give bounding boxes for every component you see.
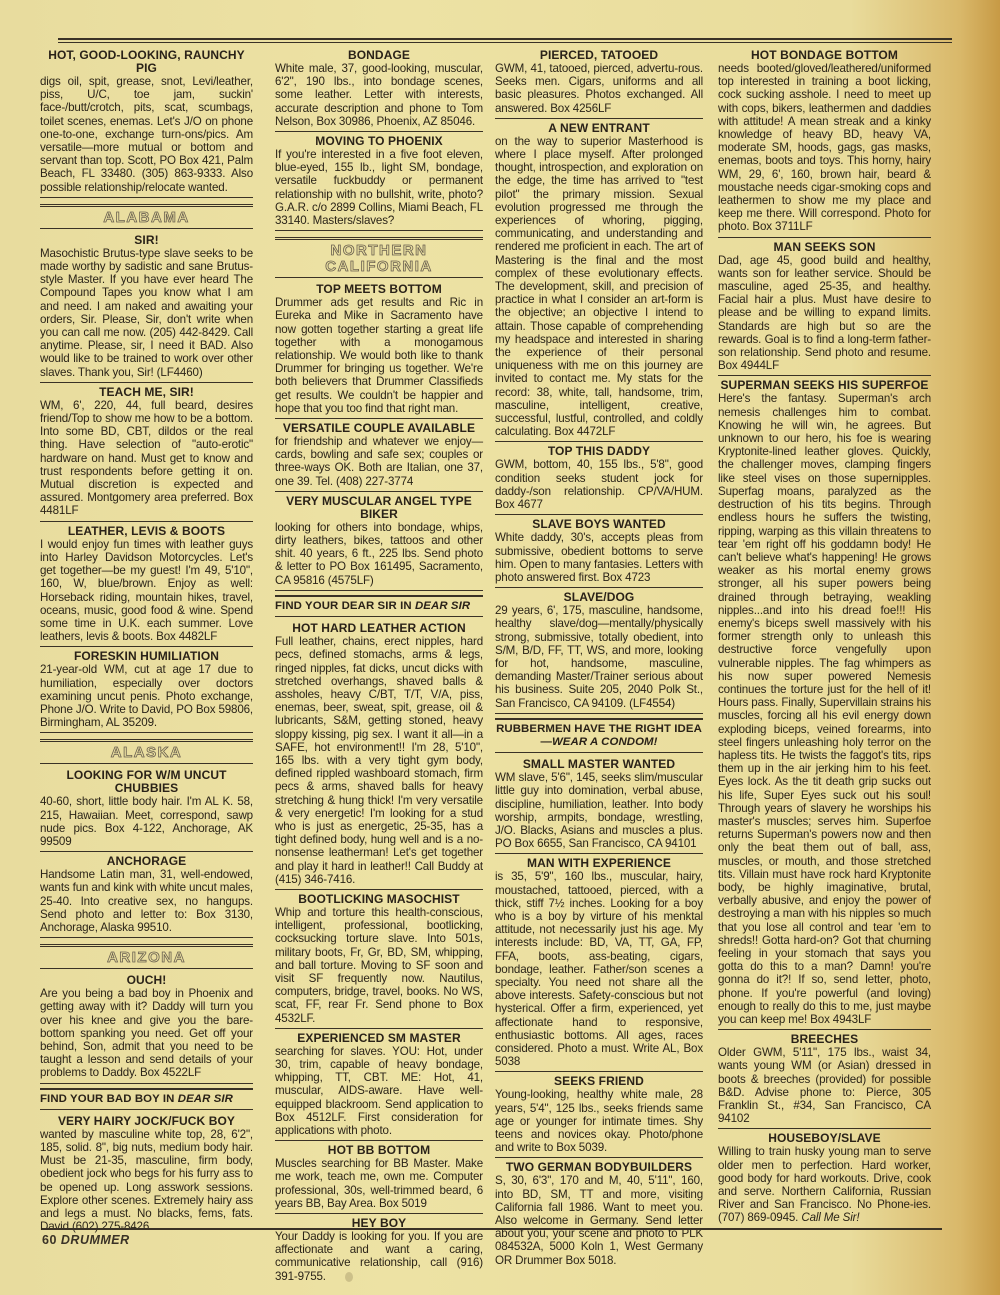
- classified-ad: HOT, GOOD-LOOKING, RAUNCHY PIGdigs oil, …: [40, 48, 253, 198]
- ad-body: Willing to train husky young man to serv…: [718, 1145, 931, 1224]
- ad-body: Masochistic Brutus-type slave seeks to b…: [40, 247, 253, 379]
- ad-body: Dad, age 45, good build and healthy, wan…: [718, 254, 931, 373]
- ad-body-text: Drummer ads get results and Ric in Eurek…: [275, 296, 483, 415]
- ad-body-text: Muscles searching for BB Master. Make me…: [275, 1157, 483, 1210]
- top-rule: [58, 38, 952, 40]
- classified-ad: VERSATILE COUPLE AVAILABLEfor friendship…: [275, 421, 483, 492]
- ad-body: 21-year-old WM, cut at age 17 due to hum…: [40, 663, 253, 729]
- ad-body-text: If you're interested in a five foot elev…: [275, 148, 483, 227]
- ad-headline: PIERCED, TATOOED: [495, 49, 703, 62]
- classified-ad: SLAVE/DOG29 years, 6', 175, masculine, h…: [495, 590, 703, 714]
- ad-body-text: Older GWM, 5'11", 175 lbs., waist 34, wa…: [718, 1046, 931, 1125]
- promo-text: FIND YOUR DEAR SIR IN: [275, 600, 415, 612]
- classified-ad: TOP MEETS BOTTOMDrummer ads get results …: [275, 282, 483, 419]
- classified-ad: SMALL MASTER WANTEDWM slave, 5'6", 145, …: [495, 757, 703, 854]
- classified-ad: ANCHORAGEHandsome Latin man, 31, well-en…: [40, 854, 253, 938]
- region-header: ALASKA: [40, 739, 253, 764]
- ad-headline: TWO GERMAN BODYBUILDERS: [495, 1161, 703, 1174]
- ad-headline: VERY HAIRY JOCK/FUCK BOY: [40, 1115, 253, 1128]
- promo-banner: FIND YOUR BAD BOY IN DEAR SIR: [40, 1088, 253, 1110]
- ad-body: Full leather, chains, erect nipples, har…: [275, 635, 483, 886]
- ad-body-text: is 35, 5'9", 160 lbs., muscular, hairy, …: [495, 870, 703, 1068]
- ad-signoff: Call Me Sir!: [801, 1211, 859, 1224]
- region-header: NORTHERN CALIFORNIA: [275, 237, 483, 278]
- classified-ad: TEACH ME, SIR!WM, 6', 220, 44, full bear…: [40, 385, 253, 522]
- ad-body-text: Full leather, chains, erect nipples, har…: [275, 635, 483, 886]
- classified-ad: EXPERIENCED SM MASTERsearching for slave…: [275, 1031, 483, 1141]
- ad-headline: SUPERMAN SEEKS HIS SUPERFOE: [718, 379, 931, 392]
- ad-body-text: Young-looking, healthy white male, 28 ye…: [495, 1088, 703, 1154]
- classified-ad: HOUSEBOY/SLAVEWilling to train husky you…: [718, 1131, 931, 1227]
- classified-ad: TWO GERMAN BODYBUILDERSS, 30, 6'3", 170 …: [495, 1160, 703, 1269]
- ad-body: wanted by masculine white top, 28, 6'2",…: [40, 1128, 253, 1234]
- classified-ad: LEATHER, LEVIS & BOOTSI would enjoy fun …: [40, 524, 253, 648]
- ad-body-text: WM slave, 5'6", 145, seeks slim/muscular…: [495, 771, 703, 850]
- promo-emphasis: WEAR A CONDOM!: [552, 736, 658, 748]
- classified-ad: HOT BONDAGE BOTTOMneeds booted/gloved/le…: [718, 48, 931, 238]
- ad-headline: EXPERIENCED SM MASTER: [275, 1032, 483, 1045]
- column-2: BONDAGEWhite male, 37, good-looking, mus…: [275, 48, 483, 1288]
- classified-ad: MAN WITH EXPERIENCEis 35, 5'9", 160 lbs.…: [495, 856, 703, 1072]
- bottom-rule: [42, 1228, 942, 1230]
- classified-ad: BONDAGEWhite male, 37, good-looking, mus…: [275, 48, 483, 132]
- ad-body-text: looking for others into bondage, whips, …: [275, 521, 483, 587]
- ad-body-text: 40-60, short, little body hair. I'm AL K…: [40, 795, 253, 848]
- classified-ad: OUCH!Are you being a bad boy in Phoenix …: [40, 973, 253, 1083]
- ad-headline: BONDAGE: [275, 49, 483, 62]
- ad-headline: TOP THIS DADDY: [495, 445, 703, 458]
- classified-ad: SUPERMAN SEEKS HIS SUPERFOEHere's the fa…: [718, 378, 931, 1030]
- ad-headline: TEACH ME, SIR!: [40, 386, 253, 399]
- ad-body: White daddy, 30's, accepts pleas from su…: [495, 531, 703, 584]
- ad-headline: HOT, GOOD-LOOKING, RAUNCHY PIG: [40, 49, 253, 75]
- classified-ad: VERY HAIRY JOCK/FUCK BOYwanted by mascul…: [40, 1114, 253, 1237]
- classified-ad: FORESKIN HUMILIATION21-year-old WM, cut …: [40, 649, 253, 733]
- ad-headline: HOT BONDAGE BOTTOM: [718, 49, 931, 62]
- ad-body-text: for friendship and whatever we enjoy—car…: [275, 435, 483, 488]
- ad-headline: LEATHER, LEVIS & BOOTS: [40, 525, 253, 538]
- classified-ad: A NEW ENTRANTon the way to superior Mast…: [495, 121, 703, 443]
- ad-headline: MAN WITH EXPERIENCE: [495, 857, 703, 870]
- classified-ad: MAN SEEKS SONDad, age 45, good build and…: [718, 240, 931, 377]
- ad-body-text: Masochistic Brutus-type slave seeks to b…: [40, 247, 253, 379]
- ad-headline: HOT HARD LEATHER ACTION: [275, 622, 483, 635]
- promo-emphasis: DEAR SIR: [415, 600, 470, 612]
- promo-text: FIND YOUR BAD BOY IN: [40, 1093, 178, 1105]
- ad-headline: VERSATILE COUPLE AVAILABLE: [275, 422, 483, 435]
- ad-body: White male, 37, good-looking, muscular, …: [275, 62, 483, 128]
- ad-headline: VERY MUSCULAR ANGEL TYPE BIKER: [275, 495, 483, 521]
- ad-body-text: White male, 37, good-looking, muscular, …: [275, 62, 483, 128]
- ad-body: for friendship and whatever we enjoy—car…: [275, 435, 483, 488]
- ad-body: digs oil, spit, grease, snot, Levi/leath…: [40, 75, 253, 194]
- ad-body-text: 21-year-old WM, cut at age 17 due to hum…: [40, 663, 253, 729]
- ad-body: Drummer ads get results and Ric in Eurek…: [275, 296, 483, 415]
- ad-headline: LOOKING FOR W/M UNCUT CHUBBIES: [40, 769, 253, 795]
- top-rule-thin: [58, 42, 952, 43]
- ad-headline: MAN SEEKS SON: [718, 241, 931, 254]
- ad-body: WM, 6', 220, 44, full beard, desires fri…: [40, 399, 253, 518]
- ad-body-text: Whip and torture this health-conscious, …: [275, 906, 483, 1025]
- ad-body: 40-60, short, little body hair. I'm AL K…: [40, 795, 253, 848]
- page-footer: 60 DRUMMER: [42, 1233, 130, 1247]
- publication-title: DRUMMER: [61, 1233, 130, 1247]
- ad-headline: ANCHORAGE: [40, 855, 253, 868]
- ad-body-text: 29 years, 6', 175, masculine, handsome, …: [495, 604, 703, 709]
- ad-body-text: searching for slaves. YOU: Hot, under 30…: [275, 1045, 483, 1137]
- ad-body: Whip and torture this health-conscious, …: [275, 906, 483, 1025]
- ad-body-text: Here's the fantasy. Superman's arch neme…: [718, 392, 931, 1026]
- ad-body: searching for slaves. YOU: Hot, under 30…: [275, 1045, 483, 1137]
- classified-ad: HOT BB BOTTOMMuscles searching for BB Ma…: [275, 1143, 483, 1214]
- ad-headline: HOUSEBOY/SLAVE: [718, 1132, 931, 1145]
- classified-ad: SIR!Masochistic Brutus-type slave seeks …: [40, 233, 253, 383]
- ad-body-text: wanted by masculine white top, 28, 6'2",…: [40, 1128, 253, 1233]
- ad-body: Muscles searching for BB Master. Make me…: [275, 1157, 483, 1210]
- ad-headline: FORESKIN HUMILIATION: [40, 650, 253, 663]
- ad-body: 29 years, 6', 175, masculine, handsome, …: [495, 604, 703, 710]
- region-label: ALASKA: [40, 745, 253, 761]
- region-label: ARIZONA: [40, 950, 253, 966]
- ad-headline: BOOTLICKING MASOCHIST: [275, 893, 483, 906]
- ad-headline: BREECHES: [718, 1033, 931, 1046]
- ad-body: Are you being a bad boy in Phoenix and g…: [40, 987, 253, 1079]
- ad-headline: SLAVE/DOG: [495, 591, 703, 604]
- ad-body: S, 30, 6'3", 170 and M, 40, 5'11", 160, …: [495, 1174, 703, 1266]
- ad-body-text: GWM, 41, tatooed, pierced, advertu-rous.…: [495, 62, 703, 115]
- page-number: 60: [42, 1233, 57, 1247]
- classified-ad: BOOTLICKING MASOCHISTWhip and torture th…: [275, 892, 483, 1029]
- ad-body: is 35, 5'9", 160 lbs., muscular, hairy, …: [495, 870, 703, 1068]
- ad-body: GWM, bottom, 40, 155 lbs., 5'8", good co…: [495, 458, 703, 511]
- ad-headline: OUCH!: [40, 974, 253, 987]
- ad-headline: SIR!: [40, 234, 253, 247]
- column-3: PIERCED, TATOOEDGWM, 41, tatooed, pierce…: [495, 48, 703, 1272]
- classifieds-page: HOT, GOOD-LOOKING, RAUNCHY PIGdigs oil, …: [40, 38, 952, 1258]
- classified-ad: LOOKING FOR W/M UNCUT CHUBBIES40-60, sho…: [40, 768, 253, 852]
- ad-headline: SEEKS FRIEND: [495, 1075, 703, 1088]
- ad-headline: SMALL MASTER WANTED: [495, 758, 703, 771]
- classified-ad: PIERCED, TATOOEDGWM, 41, tatooed, pierce…: [495, 48, 703, 119]
- ad-body: Older GWM, 5'11", 175 lbs., waist 34, wa…: [718, 1046, 931, 1125]
- ad-body-text: digs oil, spit, grease, snot, Levi/leath…: [40, 75, 253, 194]
- ad-body-text: White daddy, 30's, accepts pleas from su…: [495, 531, 703, 584]
- ad-body-text: S, 30, 6'3", 170 and M, 40, 5'11", 160, …: [495, 1174, 703, 1266]
- ad-body: needs booted/gloved/leathered/uniformed …: [718, 62, 931, 234]
- promo-emphasis: DEAR SIR: [178, 1093, 233, 1105]
- classified-ad: BREECHESOlder GWM, 5'11", 175 lbs., wais…: [718, 1032, 931, 1129]
- region-header: ARIZONA: [40, 944, 253, 969]
- ad-body-text: Your Daddy is looking for you. If you ar…: [275, 1230, 483, 1283]
- ad-body: Your Daddy is looking for you. If you ar…: [275, 1230, 483, 1283]
- ad-body-text: Handsome Latin man, 31, well-endowed, wa…: [40, 868, 253, 934]
- classified-ad: TOP THIS DADDYGWM, bottom, 40, 155 lbs.,…: [495, 444, 703, 515]
- ad-body-text: on the way to superior Masterhood is whe…: [495, 135, 703, 438]
- ad-headline: TOP MEETS BOTTOM: [275, 283, 483, 296]
- ad-headline: MOVING TO PHOENIX: [275, 135, 483, 148]
- ad-body: Young-looking, healthy white male, 28 ye…: [495, 1088, 703, 1154]
- ad-body: Here's the fantasy. Superman's arch neme…: [718, 392, 931, 1026]
- region-label: NORTHERN CALIFORNIA: [275, 243, 483, 275]
- region-label: ALABAMA: [40, 210, 253, 226]
- ad-body-text: WM, 6', 220, 44, full beard, desires fri…: [40, 399, 253, 518]
- ad-headline: SLAVE BOYS WANTED: [495, 518, 703, 531]
- classified-ad: MOVING TO PHOENIXIf you're interested in…: [275, 134, 483, 231]
- classified-ad: SLAVE BOYS WANTEDWhite daddy, 30's, acce…: [495, 517, 703, 588]
- promo-banner: RUBBERMEN HAVE THE RIGHT IDEA—WEAR A CON…: [495, 718, 703, 753]
- ad-headline: A NEW ENTRANT: [495, 122, 703, 135]
- ad-body-text: GWM, bottom, 40, 155 lbs., 5'8", good co…: [495, 458, 703, 511]
- ink-smudge: [345, 1272, 353, 1282]
- region-header: ALABAMA: [40, 204, 253, 229]
- ad-body-text: I would enjoy fun times with leather guy…: [40, 538, 253, 643]
- column-1: HOT, GOOD-LOOKING, RAUNCHY PIGdigs oil, …: [40, 48, 253, 1238]
- ad-body: If you're interested in a five foot elev…: [275, 148, 483, 227]
- ad-body: WM slave, 5'6", 145, seeks slim/muscular…: [495, 771, 703, 850]
- column-4: HOT BONDAGE BOTTOMneeds booted/gloved/le…: [718, 48, 931, 1230]
- ad-body: looking for others into bondage, whips, …: [275, 521, 483, 587]
- promo-banner: FIND YOUR DEAR SIR IN DEAR SIR: [275, 595, 483, 617]
- ad-headline: HOT BB BOTTOM: [275, 1144, 483, 1157]
- ad-body-text: Are you being a bad boy in Phoenix and g…: [40, 987, 253, 1079]
- classified-ad: HEY BOYYour Daddy is looking for you. If…: [275, 1216, 483, 1286]
- ad-body: on the way to superior Masterhood is whe…: [495, 135, 703, 439]
- ad-body-text: needs booted/gloved/leathered/uniformed …: [718, 62, 931, 233]
- ad-body: Handsome Latin man, 31, well-endowed, wa…: [40, 868, 253, 934]
- ad-body: I would enjoy fun times with leather guy…: [40, 538, 253, 644]
- ad-body-text: Dad, age 45, good build and healthy, wan…: [718, 254, 931, 373]
- classified-ad: VERY MUSCULAR ANGEL TYPE BIKERlooking fo…: [275, 494, 483, 591]
- classified-ad: HOT HARD LEATHER ACTIONFull leather, cha…: [275, 621, 483, 890]
- ad-body: GWM, 41, tatooed, pierced, advertu-rous.…: [495, 62, 703, 115]
- classified-ad: SEEKS FRIENDYoung-looking, healthy white…: [495, 1074, 703, 1158]
